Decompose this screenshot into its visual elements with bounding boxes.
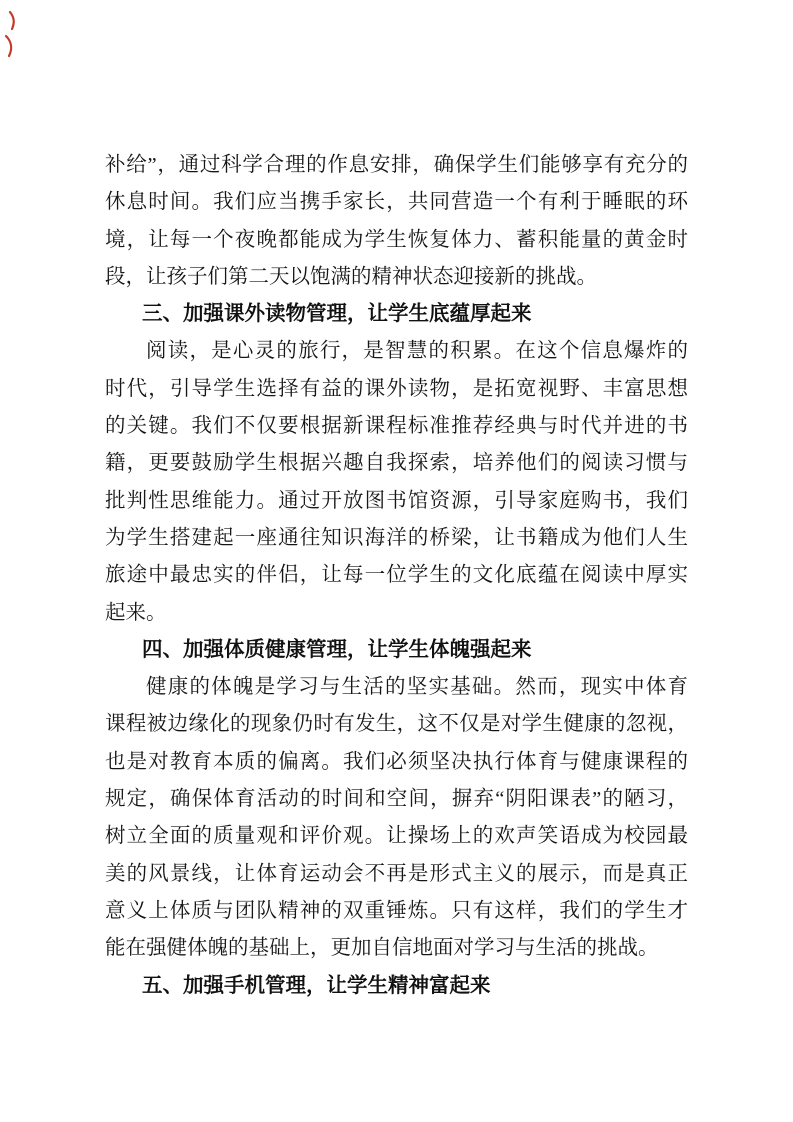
paragraph-line: 补给”，通过科学合理的作息安排，确保学生们能够享有充分的	[105, 147, 688, 184]
paragraph-line: 能在强健体魄的基础上，更加自信地面对学习与生活的挑战。	[105, 930, 688, 967]
paragraph-line: 旅途中最忠实的伴侣，让每一位学生的文化底蕴在阅读中厚实	[105, 557, 688, 594]
paragraph-line: 健康的体魄是学习与生活的坚实基础。然而，现实中体育	[105, 669, 688, 706]
paragraph-line: 时代，引导学生选择有益的课外读物，是拓宽视野、丰富思想	[105, 371, 688, 408]
paragraph-line: 美的风景线，让体育运动会不再是形式主义的展示，而是真正	[105, 856, 688, 893]
section-heading-5: 五、加强手机管理，让学生精神富起来	[105, 968, 688, 1005]
paragraph-line: 境，让每一个夜晚都能成为学生恢复体力、蓄积能量的黄金时	[105, 222, 688, 259]
paragraph-line: 为学生搭建起一座通往知识海洋的桥梁，让书籍成为他们人生	[105, 520, 688, 557]
section-heading-3: 三、加强课外读物管理，让学生底蕴厚起来	[105, 296, 688, 333]
section-heading-4: 四、加强体质健康管理，让学生体魄强起来	[105, 632, 688, 669]
document-text: 补给”，通过科学合理的作息安排，确保学生们能够享有充分的 休息时间。我们应当携手…	[105, 147, 688, 1005]
paragraph-line: 意义上体质与团队精神的双重锤炼。只有这样，我们的学生才	[105, 893, 688, 930]
paragraph-line: 籍，更要鼓励学生根据兴趣自我探索，培养他们的阅读习惯与	[105, 445, 688, 482]
paragraph-line: 休息时间。我们应当携手家长，共同营造一个有利于睡眠的环	[105, 184, 688, 221]
red-pen-mark-icon	[2, 8, 24, 60]
paragraph-line: 起来。	[105, 595, 688, 632]
paragraph-line: 阅读，是心灵的旅行，是智慧的积累。在这个信息爆炸的	[105, 333, 688, 370]
paragraph-line: 批判性思维能力。通过开放图书馆资源，引导家庭购书，我们	[105, 483, 688, 520]
paragraph-line: 课程被边缘化的现象仍时有发生，这不仅是对学生健康的忽视，	[105, 706, 688, 743]
paragraph-line: 树立全面的质量观和评价观。让操场上的欢声笑语成为校园最	[105, 818, 688, 855]
paragraph-line: 的关键。我们不仅要根据新课程标准推荐经典与时代并进的书	[105, 408, 688, 445]
paragraph-line: 也是对教育本质的偏离。我们必须坚决执行体育与健康课程的	[105, 744, 688, 781]
paragraph-line: 段，让孩子们第二天以饱满的精神状态迎接新的挑战。	[105, 259, 688, 296]
document-page: 补给”，通过科学合理的作息安排，确保学生们能够享有充分的 休息时间。我们应当携手…	[0, 0, 793, 1122]
paragraph-line: 规定，确保体育活动的时间和空间，摒弃“阴阳课表”的陋习，	[105, 781, 688, 818]
